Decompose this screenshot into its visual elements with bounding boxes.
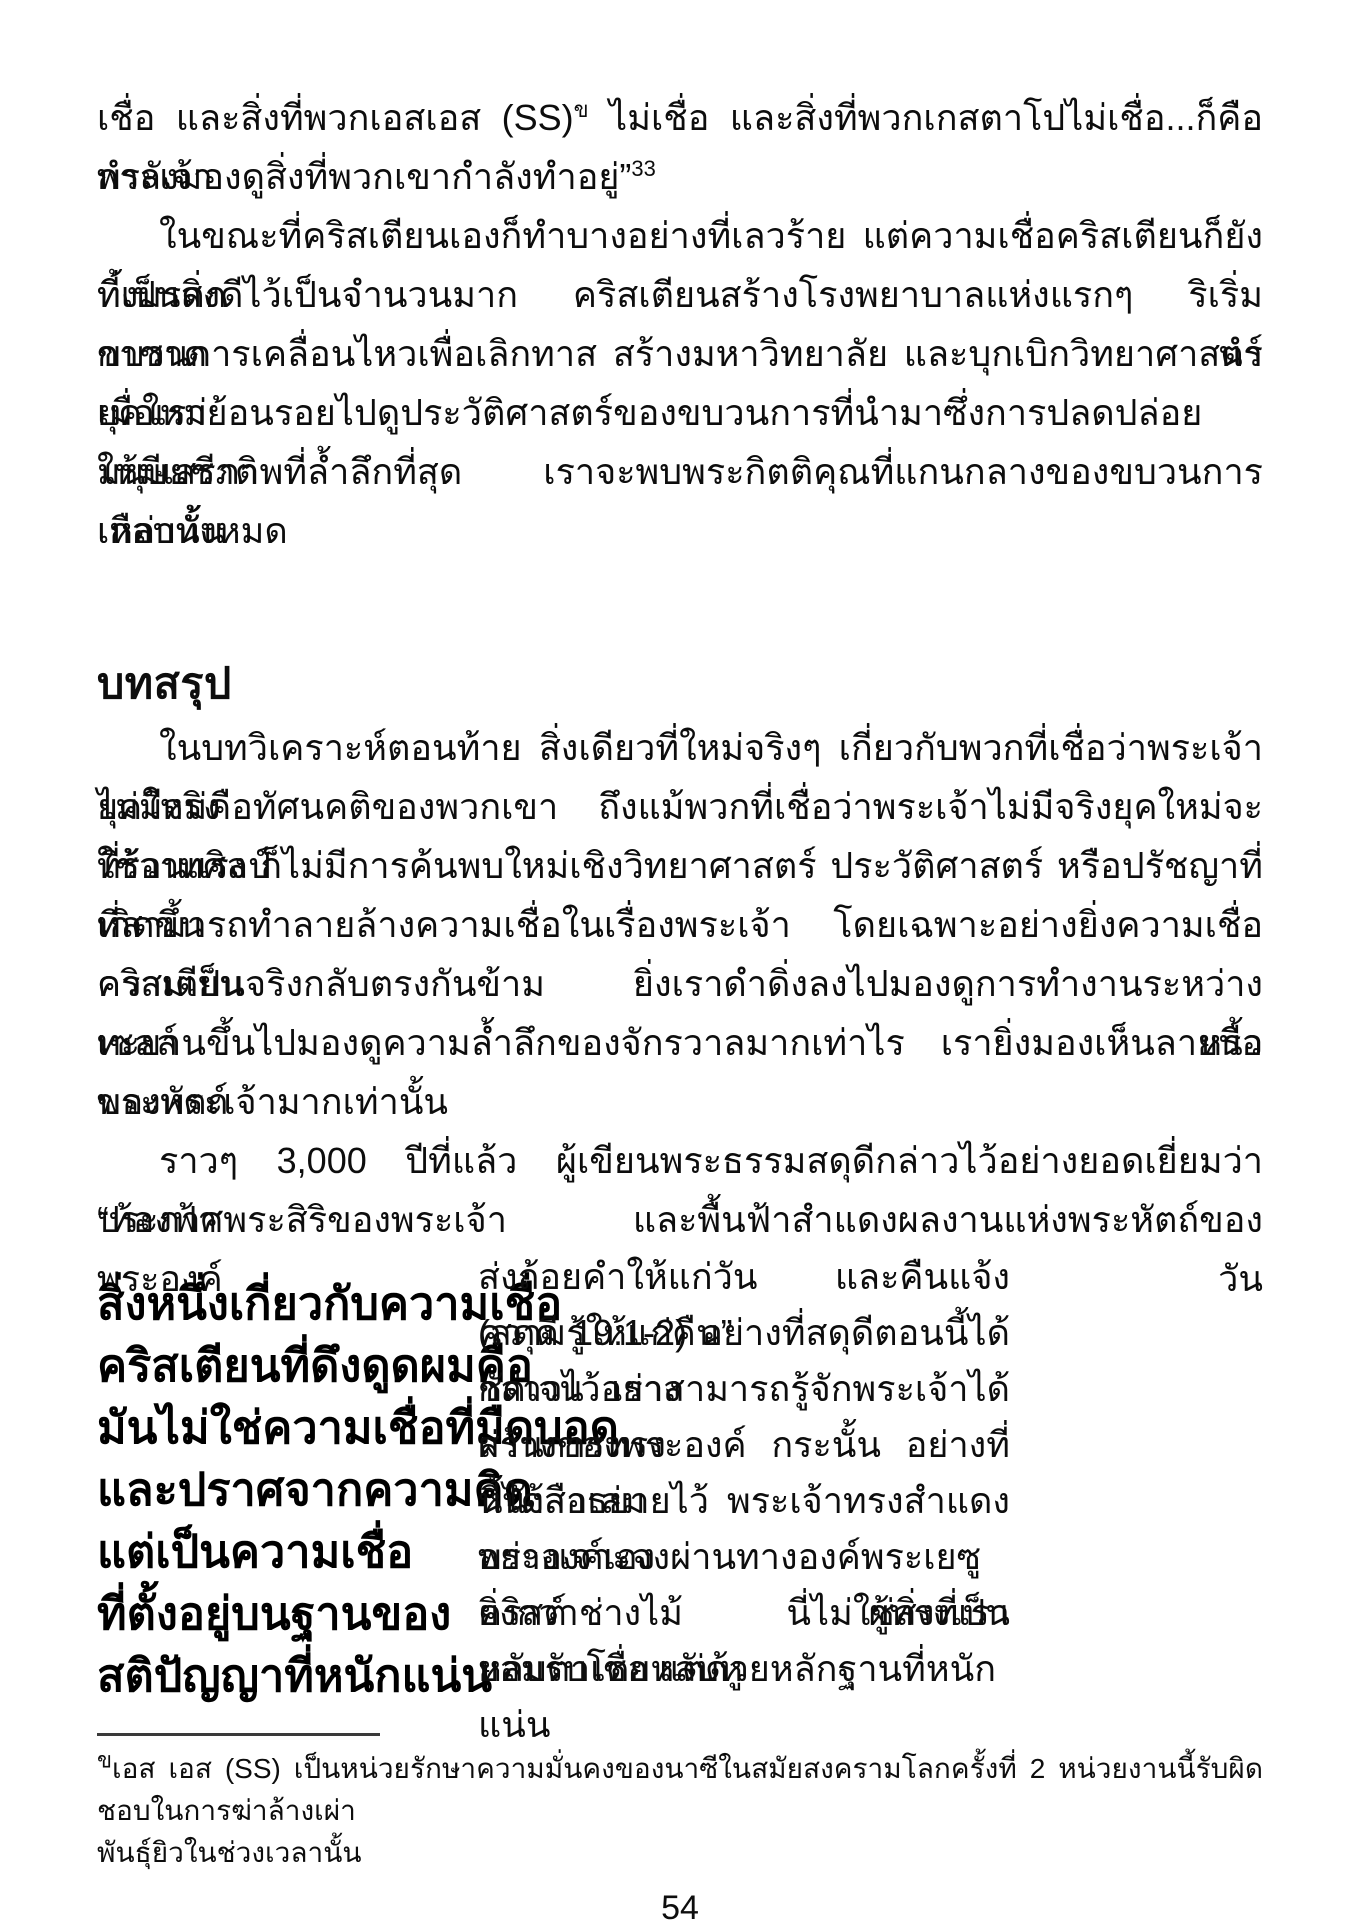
section-heading: บทสรุป xyxy=(97,656,1263,718)
footnote-divider xyxy=(97,1733,380,1736)
pull-quote-line: สติปัญญาที่หนักแน่น xyxy=(97,1645,475,1707)
pull-quote: สิ่งหนึ่งเกี่ยวกับความเชื่อ คริสเตียนที่… xyxy=(97,1273,475,1707)
text-line: (สดุดี 19:1-2) อย่างที่สดุดีตอนนี้ได้กล่… xyxy=(478,1305,1010,1361)
paragraph-legacy: ในขณะที่คริสเตียนเองก็ทำบางอย่างที่เลวร้… xyxy=(97,206,1263,560)
footnote-line: พันธุ์ยิวในช่วงเวลานั้น xyxy=(97,1832,1263,1874)
pull-quote-line: และปราศจากความคิด xyxy=(97,1459,475,1521)
footnote-text: เอส เอส (SS) เป็นหน่วยรักษาความมั่นคงของ… xyxy=(97,1753,1263,1826)
footnote-line: ขเอส เอส (SS) เป็นหน่วยรักษาความมั่นคงขอ… xyxy=(97,1748,1263,1832)
pull-quote-line: แต่เป็นความเชื่อ xyxy=(97,1521,475,1583)
text-line: หลับตาเชื่อ แต่ด้วยหลักฐานที่หนักแน่น xyxy=(478,1641,1010,1697)
paragraph-conclusion: ในบทวิเคราะห์ตอนท้าย สิ่งเดียวที่ใหม่จริ… xyxy=(97,718,1263,1131)
text-line: ทะยานขึ้นไปมองดูความล้ำลึกของจักรวาลมากเ… xyxy=(97,1013,1263,1072)
text-segment: กำลังมองดูสิ่งที่พวกเขากำลังทำอยู่” xyxy=(97,156,631,197)
pull-quote-line: มันไม่ใช่ความเชื่อที่มืดบอด xyxy=(97,1397,475,1459)
footnote-marker: ข xyxy=(574,97,589,122)
text-line: ให้มีเสรีภาพที่ล้ำลึกที่สุด เราจะพบพระกิ… xyxy=(97,442,1263,501)
paragraph-psalm: ราวๆ 3,000 ปีที่แล้ว ผู้เขียนพระธรรมสดุด… xyxy=(97,1131,1263,1249)
text-line: เกือบทั้งหมด xyxy=(97,501,1263,560)
text-line: อย่างเจาะจงผ่านทางองค์พระเยซูคริสต์ ผู้ท… xyxy=(478,1529,1010,1585)
two-column-section: สิ่งหนึ่งเกี่ยวกับความเชื่อ คริสเตียนที่… xyxy=(97,1249,1263,1707)
text-line: ของพระเจ้ามากเท่านั้น xyxy=(97,1072,1263,1131)
text-line: ความเป็นจริงกลับตรงกันข้าม ยิ่งเราดำดิ่ง… xyxy=(97,954,1263,1013)
footnote-marker: ข xyxy=(97,1748,112,1773)
text-line: ราวๆ 3,000 ปีที่แล้ว ผู้เขียนพระธรรมสดุด… xyxy=(97,1131,1263,1190)
endnote-marker: 33 xyxy=(631,156,655,181)
paragraph-opening: เชื่อ และสิ่งที่พวกเอสเอส (SS)ข ไม่เชื่อ… xyxy=(97,88,1263,206)
text-line: ยิ่งกว่าช่างไม้ นี่ไม่ใช่สิ่งที่เรายอมรั… xyxy=(478,1585,1010,1641)
text-line: กำลังมองดูสิ่งที่พวกเขากำลังทำอยู่”33 xyxy=(97,147,1263,206)
text-line: เชื่อ และสิ่งที่พวกเอสเอส (SS)ข ไม่เชื่อ… xyxy=(97,88,1263,147)
text-line: ขบวนการเคลื่อนไหวเพื่อเลิกทาส สร้างมหาวิ… xyxy=(97,324,1263,383)
text-line: ส่งถ้อยคำให้แก่วัน และคืนแจ้งความรู้ให้แ… xyxy=(478,1249,1010,1305)
text-line: ในบทวิเคราะห์ตอนท้าย สิ่งเดียวที่ใหม่จริ… xyxy=(97,718,1263,777)
column-text: ส่งถ้อยคำให้แก่วัน และคืนแจ้งความรู้ให้แ… xyxy=(478,1249,1010,1697)
text-segment: เชื่อ และสิ่งที่พวกเอสเอส (SS) xyxy=(97,97,574,138)
text-line: ยุคใหม่คือทัศนคติของพวกเขา ถึงแม้พวกที่เ… xyxy=(97,777,1263,836)
text-line: นี้ได้สาธยายไว้ พระเจ้าทรงสำแดงพระองค์เอ… xyxy=(478,1473,1010,1529)
text-line: ที่สามารถทำลายล้างความเชื่อในเรื่องพระเจ… xyxy=(97,895,1263,954)
pull-quote-line: ที่ตั้งอยู่บนฐานของ xyxy=(97,1583,475,1645)
book-page: เชื่อ และสิ่งที่พวกเอสเอส (SS)ข ไม่เชื่อ… xyxy=(0,0,1353,1920)
pull-quote-line: คริสเตียนที่ดึงดูดผมคือ xyxy=(97,1335,475,1397)
text-line: ที่ร้อนแรง ก็ไม่มีการค้นพบใหม่เชิงวิทยาศ… xyxy=(97,836,1263,895)
page-number: 54 xyxy=(97,1888,1263,1920)
footnote: ขเอส เอส (SS) เป็นหน่วยรักษาความมั่นคงขอ… xyxy=(97,1733,1263,1874)
text-line: ที่เป็นสิ่งดีไว้เป็นจำนวนมาก คริสเตียนสร… xyxy=(97,265,1263,324)
pull-quote-line: สิ่งหนึ่งเกี่ยวกับความเชื่อ xyxy=(97,1273,475,1335)
text-line: สร้างของพระองค์ กระนั้น อย่างที่หนังสือเ… xyxy=(478,1417,1010,1473)
text-line: ประกาศพระสิริของพระเจ้า และพื้นฟ้าสำแดงผ… xyxy=(97,1190,1263,1249)
text-line: ในขณะที่คริสเตียนเองก็ทำบางอย่างที่เลวร้… xyxy=(97,206,1263,265)
text-line: เมื่อเราย้อนรอยไปดูประวัติศาสตร์ของขบวนก… xyxy=(97,383,1263,442)
page-content: เชื่อ และสิ่งที่พวกเอสเอส (SS)ข ไม่เชื่อ… xyxy=(97,88,1263,1920)
text-line: ชัดเจน เราสามารถรู้จักพระเจ้าได้ผ่านการท… xyxy=(478,1361,1010,1417)
